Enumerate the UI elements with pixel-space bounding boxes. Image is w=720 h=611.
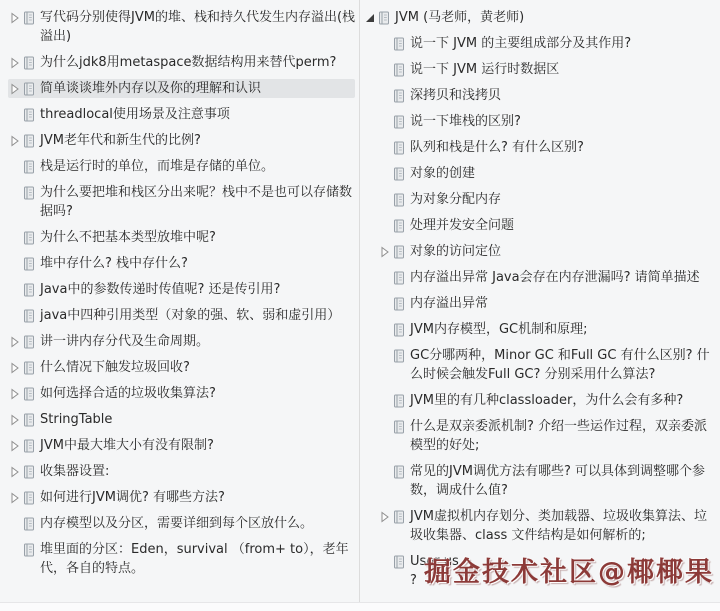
document-icon [392,86,405,105]
tree-item[interactable]: 说一下 JVM 的主要组成部分及其作用? [378,34,716,53]
right-column: JVM (马老师，黄老师)说一下 JVM 的主要组成部分及其作用?说一下 JVM… [360,0,720,604]
chevron-right-icon[interactable] [8,79,22,98]
arrow-spacer [378,268,392,287]
chevron-right-icon[interactable] [8,53,22,72]
document-icon [22,436,35,455]
document-icon [22,280,35,299]
tree-item[interactable]: 处理并发安全问题 [378,216,716,235]
document-icon [392,190,405,209]
chevron-right-icon[interactable] [8,488,22,507]
tree-item-label: 内存溢出异常 Java会存在内存泄漏吗? 请简单描述 [410,268,700,287]
tree-item[interactable]: 堆里面的分区：Eden，survival （from+ to），老年代，各自的特… [8,540,355,578]
tree-item-label: 为什么要把堆和栈区分出来呢？栈中不是也可以存储数据吗? [40,183,355,221]
tree-item[interactable]: 什么是双亲委派机制? 介绍一些运作过程，双亲委派模型的好处; [378,417,716,455]
tree-item[interactable]: Java中的参数传递时传值呢? 还是传引用? [8,280,355,299]
tree-item-label: 简单谈谈堆外内存以及你的理解和认识 [40,79,261,98]
tree-item[interactable]: 说一下 JVM 运行时数据区 [378,60,716,79]
tree-item[interactable]: 为对象分配内存 [378,190,716,209]
tree-item[interactable]: 对象的访问定位 [378,242,716,261]
tree-item-label: User us ? [410,552,459,590]
tree-item[interactable]: java中四种引用类型（对象的强、软、弱和虚引用） [8,306,355,325]
arrow-spacer [378,60,392,79]
tree-item[interactable]: 说一下堆栈的区别? [378,112,716,131]
document-icon [392,294,405,313]
tree-item-label: 什么是双亲委派机制? 介绍一些运作过程，双亲委派模型的好处; [410,417,716,455]
arrow-spacer [378,346,392,365]
tree-item[interactable]: 写代码分别使得JVM的堆、栈和持久代发生内存溢出(栈溢出) [8,8,355,46]
tree-item-label: 写代码分别使得JVM的堆、栈和持久代发生内存溢出(栈溢出) [40,8,355,46]
document-icon [392,507,405,526]
arrow-spacer [8,254,22,273]
tree-item-label: JVM虚拟机内存划分、类加载器、垃圾收集算法、垃圾收集器、class 文件结构是… [410,507,716,545]
document-icon [392,417,405,436]
document-icon [392,242,405,261]
document-icon [22,410,35,429]
tree-item-label: 为什么jdk8用metaspace数据结构用来替代perm? [40,53,336,72]
tree-item[interactable]: JVM (马老师，黄老师) [363,8,716,27]
document-icon [22,131,35,150]
document-icon [392,346,405,365]
arrow-spacer [378,320,392,339]
arrow-spacer [378,164,392,183]
tree-item[interactable]: 队列和栈是什么? 有什么区别? [378,138,716,157]
document-icon [22,306,35,325]
arrow-spacer [8,540,22,559]
document-icon [22,332,35,351]
document-icon [392,34,405,53]
tree-item-label: 内存模型以及分区，需要详细到每个区放什么。 [40,514,313,533]
tree-item-label: 什么情况下触发垃圾回收? [40,358,190,377]
document-icon [392,391,405,410]
document-icon [22,53,35,72]
tree-item-label: 队列和栈是什么? 有什么区别? [410,138,584,157]
arrow-spacer [378,462,392,481]
outline-panel: 写代码分别使得JVM的堆、栈和持久代发生内存溢出(栈溢出)为什么jdk8用met… [0,0,720,604]
arrow-spacer [378,112,392,131]
chevron-right-icon[interactable] [378,242,392,261]
document-icon [392,60,405,79]
arrow-spacer [378,216,392,235]
document-icon [392,462,405,481]
tree-item[interactable]: 内存溢出异常 Java会存在内存泄漏吗? 请简单描述 [378,268,716,287]
tree-item[interactable]: 栈是运行时的单位，而堆是存储的单位。 [8,157,355,176]
tree-item[interactable]: 堆中存什么? 栈中存什么? [8,254,355,273]
tree-item-label: threadlocal使用场景及注意事项 [40,105,230,124]
tree-item-label: 处理并发安全问题 [410,216,514,235]
left-column: 写代码分别使得JVM的堆、栈和持久代发生内存溢出(栈溢出)为什么jdk8用met… [0,0,359,604]
arrow-spacer [8,306,22,325]
arrow-spacer [378,138,392,157]
chevron-right-icon[interactable] [8,332,22,351]
tree-item-label: 为对象分配内存 [410,190,501,209]
document-icon [22,540,35,559]
document-icon [22,462,35,481]
chevron-right-icon[interactable] [8,131,22,150]
tree-item[interactable]: 如何进行JVM调优? 有哪些方法? [8,488,355,507]
tree-item-label: JVM里的有几种classloader，为什么会有多种? [410,391,683,410]
arrow-spacer [378,417,392,436]
chevron-right-icon[interactable] [8,358,22,377]
tree-item-label: 为什么不把基本类型放堆中呢? [40,228,216,247]
chevron-right-icon[interactable] [8,462,22,481]
tree-item[interactable]: StringTable [8,410,355,429]
tree-item-label: 对象的创建 [410,164,475,183]
tree-item-label: JVM (马老师，黄老师) [395,8,524,27]
document-icon [392,552,405,571]
document-icon [392,216,405,235]
tree-item-label: JVM中最大堆大小有没有限制? [40,436,214,455]
tree-item-label: JVM老年代和新生代的比例? [40,131,201,150]
arrow-spacer [378,294,392,313]
arrow-spacer [378,552,392,571]
document-icon [377,8,390,27]
tree-item-label: 讲一讲内存分代及生命周期。 [40,332,209,351]
tree-item-label: 说一下堆栈的区别? [410,112,521,131]
tree-item-label: 内存溢出异常 [410,294,488,313]
tree-item[interactable]: GC分哪两种，Minor GC 和Full GC 有什么区别? 什么时候会触发F… [378,346,716,384]
chevron-right-icon[interactable] [8,436,22,455]
arrow-spacer [8,105,22,124]
tree-item[interactable]: 为什么要把堆和栈区分出来呢？栈中不是也可以存储数据吗? [8,183,355,221]
tree-item-label: GC分哪两种，Minor GC 和Full GC 有什么区别? 什么时候会触发F… [410,346,716,384]
tree-item[interactable]: JVM里的有几种classloader，为什么会有多种? [378,391,716,410]
tree-item[interactable]: 内存溢出异常 [378,294,716,313]
document-icon [22,488,35,507]
tree-item-label: 如何选择合适的垃圾收集算法? [40,384,216,403]
tree-item[interactable]: 收集器设置: [8,462,355,481]
tree-item[interactable]: 讲一讲内存分代及生命周期。 [8,332,355,351]
chevron-right-icon[interactable] [8,8,22,27]
tree-item[interactable]: 对象的创建 [378,164,716,183]
tree-item-label: Java中的参数传递时传值呢? 还是传引用? [40,280,280,299]
tree-item[interactable]: JVM老年代和新生代的比例? [8,131,355,150]
document-icon [22,384,35,403]
chevron-right-icon[interactable] [378,507,392,526]
arrow-spacer [8,228,22,247]
document-icon [22,514,35,533]
tree-item-label: JVM内存模型，GC机制和原理; [410,320,587,339]
arrow-spacer [8,157,22,176]
tree-item-label: 如何进行JVM调优? 有哪些方法? [40,488,225,507]
tree-item[interactable]: 如何选择合适的垃圾收集算法? [8,384,355,403]
bottom-strip [0,602,720,611]
document-icon [392,112,405,131]
tree-item-label: 常见的JVM调优方法有哪些? 可以具体到调整哪个参数，调成什么值? [410,462,716,500]
tree-item[interactable]: JVM中最大堆大小有没有限制? [8,436,355,455]
tree-item[interactable]: JVM虚拟机内存划分、类加载器、垃圾收集算法、垃圾收集器、class 文件结构是… [378,507,716,545]
arrow-spacer [8,183,22,202]
tree-item-label: 栈是运行时的单位，而堆是存储的单位。 [40,157,274,176]
tree-item[interactable]: JVM内存模型，GC机制和原理; [378,320,716,339]
document-icon [22,228,35,247]
document-icon [22,358,35,377]
document-icon [22,105,35,124]
arrow-spacer [8,514,22,533]
document-icon [22,183,35,202]
chevron-right-icon[interactable] [8,410,22,429]
tree-item-label: 堆里面的分区：Eden，survival （from+ to），老年代，各自的特… [40,540,355,578]
tree-item[interactable]: 内存模型以及分区，需要详细到每个区放什么。 [8,514,355,533]
tree-item[interactable]: threadlocal使用场景及注意事项 [8,105,355,124]
tree-item[interactable]: User us ? [378,552,716,590]
document-icon [22,254,35,273]
tree-item-label: 堆中存什么? 栈中存什么? [40,254,188,273]
arrow-spacer [378,86,392,105]
arrow-spacer [378,391,392,410]
tree-item-label: StringTable [40,410,112,429]
arrow-spacer [378,34,392,53]
tree-item-label: 说一下 JVM 的主要组成部分及其作用? [410,34,631,53]
tree-item[interactable]: 为什么jdk8用metaspace数据结构用来替代perm? [8,53,355,72]
document-icon [22,8,35,27]
document-icon [392,164,405,183]
tree-item[interactable]: 深拷贝和浅拷贝 [378,86,716,105]
tree-item-label: 对象的访问定位 [410,242,501,261]
tree-item-label: 收集器设置: [40,462,109,481]
tree-item-label: 深拷贝和浅拷贝 [410,86,501,105]
arrow-spacer [8,280,22,299]
document-icon [392,138,405,157]
triangle-expanded-icon[interactable] [363,8,377,27]
chevron-right-icon[interactable] [8,384,22,403]
tree-item[interactable]: 为什么不把基本类型放堆中呢? [8,228,355,247]
arrow-spacer [378,190,392,209]
document-icon [22,79,35,98]
tree-item-label: 说一下 JVM 运行时数据区 [410,60,559,79]
document-icon [392,268,405,287]
tree-item[interactable]: 常见的JVM调优方法有哪些? 可以具体到调整哪个参数，调成什么值? [378,462,716,500]
tree-item-label: java中四种引用类型（对象的强、软、弱和虚引用） [40,306,340,325]
tree-item[interactable]: 简单谈谈堆外内存以及你的理解和认识 [8,79,355,98]
document-icon [22,157,35,176]
tree-item[interactable]: 什么情况下触发垃圾回收? [8,358,355,377]
document-icon [392,320,405,339]
